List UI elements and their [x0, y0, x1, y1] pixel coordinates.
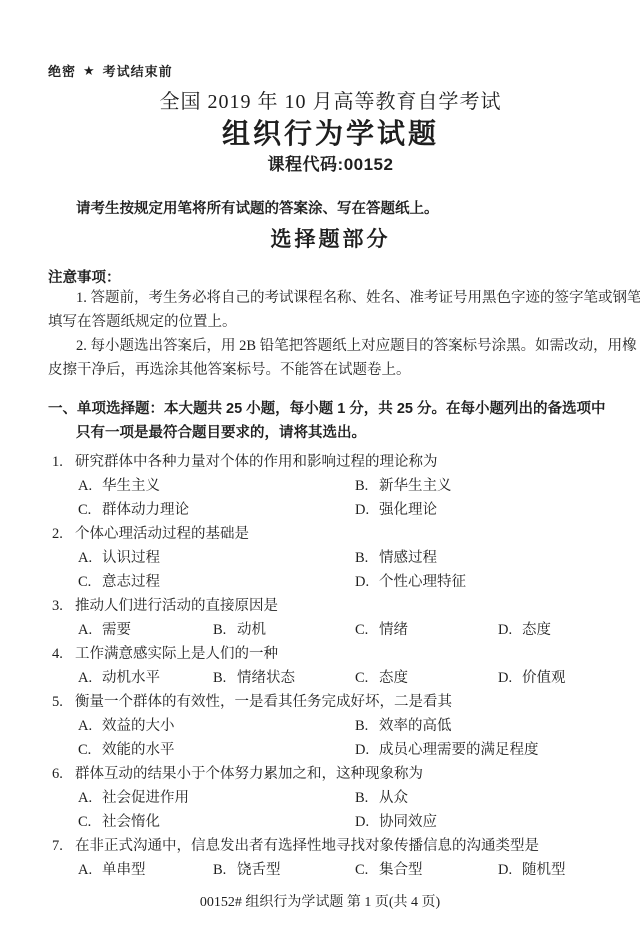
- option-text: 单串型: [102, 862, 146, 878]
- option-label: B.: [213, 618, 237, 642]
- question-block: 5.衡量一个群体的有效性，一是看其任务完成好坏，二是看其 A.效益的大小 B.效…: [48, 690, 600, 762]
- question-text: 衡量一个群体的有效性，一是看其任务完成好坏，二是看其: [75, 694, 452, 710]
- option-label: D.: [498, 618, 522, 642]
- option-label: D.: [355, 570, 379, 594]
- option-label: A.: [78, 666, 102, 690]
- option-label: B.: [355, 474, 379, 498]
- option-label: A.: [78, 714, 102, 738]
- option-item: B.新华生主义: [355, 474, 452, 498]
- question-text: 个体心理活动过程的基础是: [75, 526, 249, 542]
- option-label: B.: [355, 714, 379, 738]
- option-text: 认识过程: [102, 550, 160, 566]
- option-label: D.: [498, 858, 522, 882]
- question-block: 4.工作满意感实际上是人们的一种 A.动机水平 B.情绪状态 C.态度 D.价值…: [48, 642, 600, 690]
- option-item: D.随机型: [498, 858, 566, 882]
- option-item: B.情感过程: [355, 546, 437, 570]
- option-text: 随机型: [522, 862, 566, 878]
- option-text: 动机: [237, 622, 266, 638]
- mcq-heading-line: 一、单项选择题：本大题共 25 小题，每小题 1 分，共 25 分。在每小题列出…: [48, 397, 600, 421]
- question-block: 2.个体心理活动过程的基础是 A.认识过程 B.情感过程 C.意志过程 D.个性…: [48, 522, 600, 594]
- option-label: D.: [355, 810, 379, 834]
- option-text: 成员心理需要的满足程度: [379, 742, 539, 758]
- secrecy-level: 绝密: [48, 61, 76, 80]
- mcq-heading-line: 只有一项是最符合题目要求的，请将其选出。: [76, 421, 600, 445]
- option-text: 需要: [102, 622, 131, 638]
- option-label: C.: [78, 738, 102, 762]
- option-text: 社会促进作用: [102, 790, 189, 806]
- question-number: 7.: [52, 834, 75, 858]
- paper-title: 组织行为学试题: [48, 112, 613, 152]
- option-label: C.: [78, 810, 102, 834]
- option-text: 动机水平: [102, 670, 160, 686]
- page-footer: 00152# 组织行为学试题 第 1 页(共 4 页): [0, 891, 640, 911]
- question-number: 2.: [52, 522, 75, 546]
- option-label: A.: [78, 546, 102, 570]
- option-item: B.饶舌型: [213, 858, 281, 882]
- option-label: C.: [78, 570, 102, 594]
- option-item: C.社会惰化: [78, 810, 160, 834]
- option-label: D.: [498, 666, 522, 690]
- option-label: A.: [78, 858, 102, 882]
- question-number: 6.: [52, 762, 75, 786]
- option-item: A.社会促进作用: [78, 786, 189, 810]
- question-block: 1.研究群体中各种力量对个体的作用和影响过程的理论称为 A.华生主义 B.新华生…: [48, 450, 600, 522]
- question-text: 在非正式沟通中，信息发出者有选择性地寻找对象传播信息的沟通类型是: [75, 838, 539, 854]
- option-item: D.协同效应: [355, 810, 437, 834]
- option-item: A.单串型: [78, 858, 146, 882]
- mcq-section-heading: 一、单项选择题：本大题共 25 小题，每小题 1 分，共 25 分。在每小题列出…: [48, 397, 600, 445]
- exam-paper-page: 绝密 ★ 考试结束前 全国 2019 年 10 月高等教育自学考试 组织行为学试…: [0, 0, 640, 940]
- option-text: 效率的高低: [379, 718, 452, 734]
- option-label: D.: [355, 498, 379, 522]
- notice-line: 皮擦干净后，再选涂其他答案标号。不能答在试题卷上。: [48, 358, 600, 382]
- option-item: D.成员心理需要的满足程度: [355, 738, 539, 762]
- option-label: B.: [355, 786, 379, 810]
- option-item: B.从众: [355, 786, 408, 810]
- star-icon: ★: [83, 63, 96, 79]
- question-block: 7.在非正式沟通中，信息发出者有选择性地寻找对象传播信息的沟通类型是 A.单串型…: [48, 834, 600, 882]
- option-text: 群体动力理论: [102, 502, 189, 518]
- answer-instruction: 请考生按规定用笔将所有试题的答案涂、写在答题纸上。: [76, 197, 439, 218]
- question-number: 3.: [52, 594, 75, 618]
- secrecy-note: 考试结束前: [103, 61, 173, 80]
- option-label: B.: [213, 666, 237, 690]
- question-text: 工作满意感实际上是人们的一种: [75, 646, 278, 662]
- option-item: D.价值观: [498, 666, 566, 690]
- question-text: 推动人们进行活动的直接原因是: [75, 598, 278, 614]
- option-text: 个性心理特征: [379, 574, 466, 590]
- option-item: A.需要: [78, 618, 131, 642]
- notice-line: 填写在答题纸规定的位置上。: [48, 310, 600, 334]
- option-item: C.态度: [355, 666, 408, 690]
- question-number: 4.: [52, 642, 75, 666]
- option-item: C.群体动力理论: [78, 498, 189, 522]
- notice-item: 1. 答题前，考生务必将自己的考试课程名称、姓名、准考证号用黑色字迹的签字笔或钢…: [48, 286, 600, 334]
- option-item: B.情绪状态: [213, 666, 295, 690]
- option-text: 集合型: [379, 862, 423, 878]
- option-text: 饶舌型: [237, 862, 281, 878]
- option-text: 情绪: [379, 622, 408, 638]
- notice-line: 2. 每小题选出答案后，用 2B 铅笔把答题纸上对应题目的答案标号涂黑。如需改动…: [76, 334, 600, 358]
- notice-item: 2. 每小题选出答案后，用 2B 铅笔把答题纸上对应题目的答案标号涂黑。如需改动…: [48, 334, 600, 382]
- option-label: B.: [355, 546, 379, 570]
- option-item: D.态度: [498, 618, 551, 642]
- question-text: 研究群体中各种力量对个体的作用和影响过程的理论称为: [75, 454, 438, 470]
- course-code: 课程代码:00152: [48, 150, 613, 175]
- option-label: C.: [355, 618, 379, 642]
- option-item: B.动机: [213, 618, 266, 642]
- option-text: 协同效应: [379, 814, 437, 830]
- secrecy-banner: 绝密 ★ 考试结束前: [48, 61, 173, 80]
- option-text: 从众: [379, 790, 408, 806]
- option-label: A.: [78, 474, 102, 498]
- section-title: 选择题部分: [48, 223, 613, 253]
- question-block: 3.推动人们进行活动的直接原因是 A.需要 B.动机 C.情绪 D.态度: [48, 594, 600, 642]
- option-item: D.强化理论: [355, 498, 437, 522]
- option-label: D.: [355, 738, 379, 762]
- option-text: 社会惰化: [102, 814, 160, 830]
- question-block: 6.群体互动的结果小于个体努力累加之和，这种现象称为 A.社会促进作用 B.从众…: [48, 762, 600, 834]
- notice-line: 1. 答题前，考生务必将自己的考试课程名称、姓名、准考证号用黑色字迹的签字笔或钢…: [76, 286, 600, 310]
- option-label: C.: [355, 666, 379, 690]
- option-text: 情绪状态: [237, 670, 295, 686]
- option-text: 态度: [522, 622, 551, 638]
- option-text: 价值观: [522, 670, 566, 686]
- option-text: 态度: [379, 670, 408, 686]
- option-item: A.认识过程: [78, 546, 160, 570]
- option-label: B.: [213, 858, 237, 882]
- option-label: A.: [78, 786, 102, 810]
- option-text: 意志过程: [102, 574, 160, 590]
- option-item: A.效益的大小: [78, 714, 175, 738]
- option-text: 华生主义: [102, 478, 160, 494]
- option-text: 新华生主义: [379, 478, 452, 494]
- option-item: C.意志过程: [78, 570, 160, 594]
- question-number: 1.: [52, 450, 75, 474]
- option-item: A.动机水平: [78, 666, 160, 690]
- option-label: C.: [355, 858, 379, 882]
- option-item: A.华生主义: [78, 474, 160, 498]
- option-text: 效益的大小: [102, 718, 175, 734]
- question-list: 1.研究群体中各种力量对个体的作用和影响过程的理论称为 A.华生主义 B.新华生…: [48, 450, 600, 882]
- option-label: C.: [78, 498, 102, 522]
- option-item: C.集合型: [355, 858, 423, 882]
- option-text: 效能的水平: [102, 742, 175, 758]
- option-item: C.效能的水平: [78, 738, 175, 762]
- option-item: B.效率的高低: [355, 714, 452, 738]
- option-text: 强化理论: [379, 502, 437, 518]
- notice-heading: 注意事项：: [48, 266, 121, 287]
- option-label: A.: [78, 618, 102, 642]
- question-number: 5.: [52, 690, 75, 714]
- option-text: 情感过程: [379, 550, 437, 566]
- option-item: D.个性心理特征: [355, 570, 466, 594]
- question-text: 群体互动的结果小于个体努力累加之和，这种现象称为: [75, 766, 423, 782]
- option-item: C.情绪: [355, 618, 408, 642]
- exam-title: 全国 2019 年 10 月高等教育自学考试: [48, 85, 613, 114]
